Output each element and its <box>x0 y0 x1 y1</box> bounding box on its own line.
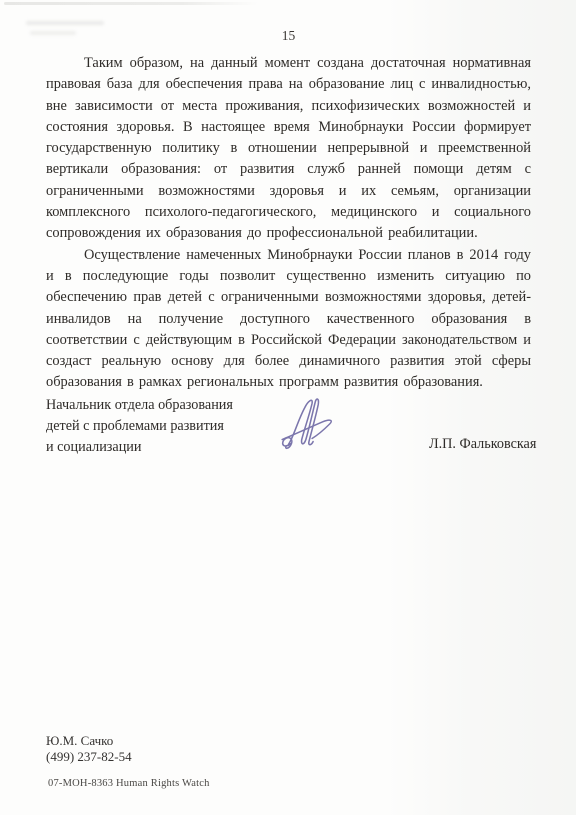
signatory-title-block: Начальник отдела образования детей с про… <box>46 395 233 458</box>
paragraph-legal-base: Таким образом, на данный момент создана … <box>46 53 531 245</box>
page-number: 15 <box>46 28 531 44</box>
signatory-title-line: и социализации <box>46 437 233 458</box>
contact-block: Ю.М. Сачко (499) 237-82-54 <box>46 733 132 764</box>
contact-name: Ю.М. Сачко <box>46 733 132 749</box>
document-reference: 07-МОН-8363 Human Rights Watch <box>48 778 210 789</box>
scan-smudge-artifact <box>26 21 104 25</box>
scanned-document-page: 15 Таким образом, на данный момент созда… <box>0 0 576 815</box>
signatory-title-line: детей с проблемами развития <box>46 416 233 437</box>
document-body: Таким образом, на данный момент создана … <box>46 53 531 394</box>
paragraph-plans-2014: Осуществление намеченных Минобрнауки Рос… <box>46 245 531 394</box>
handwritten-signature <box>279 393 341 453</box>
scan-line-artifact <box>4 2 258 5</box>
contact-phone: (499) 237-82-54 <box>46 749 132 765</box>
signatory-title-line: Начальник отдела образования <box>46 395 233 416</box>
signer-name: Л.П. Фальковская <box>429 436 536 453</box>
